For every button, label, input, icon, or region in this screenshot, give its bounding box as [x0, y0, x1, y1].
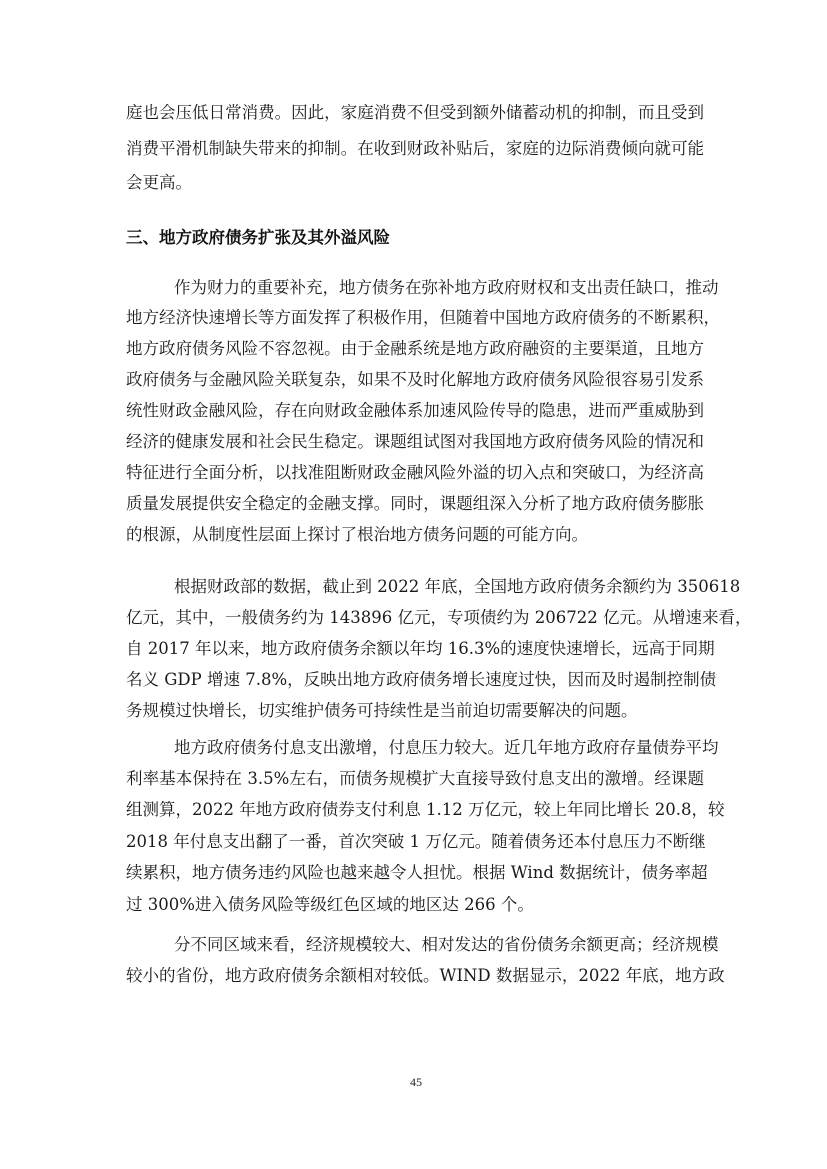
- paragraph-line: 名义 GDP 增速 7.8%，反映出地方政府债务增长速度过快，因而及时遏制控制债: [126, 670, 704, 690]
- paragraph-line: 政府债务与金融风险关联复杂，如果不及时化解地方政府债务风险很容易引发系: [126, 370, 704, 390]
- paragraph-line: 地方经济快速增长等方面发挥了积极作用，但随着中国地方政府债务的不断累积，: [126, 308, 704, 328]
- paragraph-line: 较小的省份，地方政府债务余额相对较低。WIND 数据显示，2022 年底，地方政: [126, 966, 704, 986]
- paragraph-line: 的根源，从制度性层面上探讨了根治地方债务问题的可能方向。: [126, 525, 704, 545]
- paragraph-line: 续累积，地方债务违约风险也越来越令人担忧。根据 Wind 数据统计，债务率超: [126, 863, 704, 883]
- paragraph-line: 地方政府债务付息支出激增，付息压力较大。近几年地方政府存量债券平均: [126, 738, 704, 758]
- paragraph-line: 特征进行全面分析，以找准阻断财政金融风险外溢的切入点和突破口，为经济高: [126, 463, 704, 483]
- paragraph-line: 利率基本保持在 3.5%左右，而债务规模扩大直接导致付息支出的激增。经课题: [126, 769, 704, 789]
- paragraph-line: 作为财力的重要补充，地方债务在弥补地方政府财权和支出责任缺口，推动: [126, 278, 704, 298]
- page-number: 45: [404, 1075, 428, 1090]
- document-page: 庭也会压低日常消费。因此，家庭消费不但受到额外储蓄动机的抑制，而且受到 消费平滑…: [0, 0, 827, 1169]
- paragraph-line: 过 300%进入债务风险等级红色区域的地区达 266 个。: [126, 895, 704, 915]
- paragraph-line: 经济的健康发展和社会民生稳定。课题组试图对我国地方政府债务风险的情况和: [126, 432, 704, 452]
- paragraph-line: 地方政府债务风险不容忽视。由于金融系统是地方政府融资的主要渠道，且地方: [126, 339, 704, 359]
- paragraph-line: 务规模过快增长，切实维护债务可持续性是当前迫切需要解决的问题。: [126, 701, 704, 721]
- paragraph-line: 会更高。: [126, 173, 704, 193]
- paragraph-line: 2018 年付息支出翻了一番，首次突破 1 万亿元。随着债务还本付息压力不断继: [126, 832, 704, 852]
- paragraph-line: 质量发展提供安全稳定的金融支撑。同时，课题组深入分析了地方政府债务膨胀: [126, 494, 704, 514]
- paragraph-line: 根据财政部的数据，截止到 2022 年底，全国地方政府债务余额约为 350618: [126, 577, 704, 597]
- paragraph-line: 亿元，其中，一般债务约为 143896 亿元，专项债约为 206722 亿元。从…: [126, 608, 704, 628]
- paragraph-line: 庭也会压低日常消费。因此，家庭消费不但受到额外储蓄动机的抑制，而且受到: [126, 103, 704, 123]
- paragraph-line: 自 2017 年以来，地方政府债务余额以年均 16.3%的速度快速增长，远高于同…: [126, 639, 704, 659]
- paragraph-line: 消费平滑机制缺失带来的抑制。在收到财政补贴后，家庭的边际消费倾向就可能: [126, 139, 704, 159]
- paragraph-line: 分不同区域来看，经济规模较大、相对发达的省份债务余额更高；经济规模: [126, 935, 704, 955]
- section-heading: 三、地方政府债务扩张及其外溢风险: [126, 228, 390, 248]
- paragraph-line: 统性财政金融风险，存在向财政金融体系加速风险传导的隐患，进而严重威胁到: [126, 401, 704, 421]
- paragraph-line: 组测算，2022 年地方政府债券支付利息 1.12 万亿元，较上年同比增长 20…: [126, 800, 704, 820]
